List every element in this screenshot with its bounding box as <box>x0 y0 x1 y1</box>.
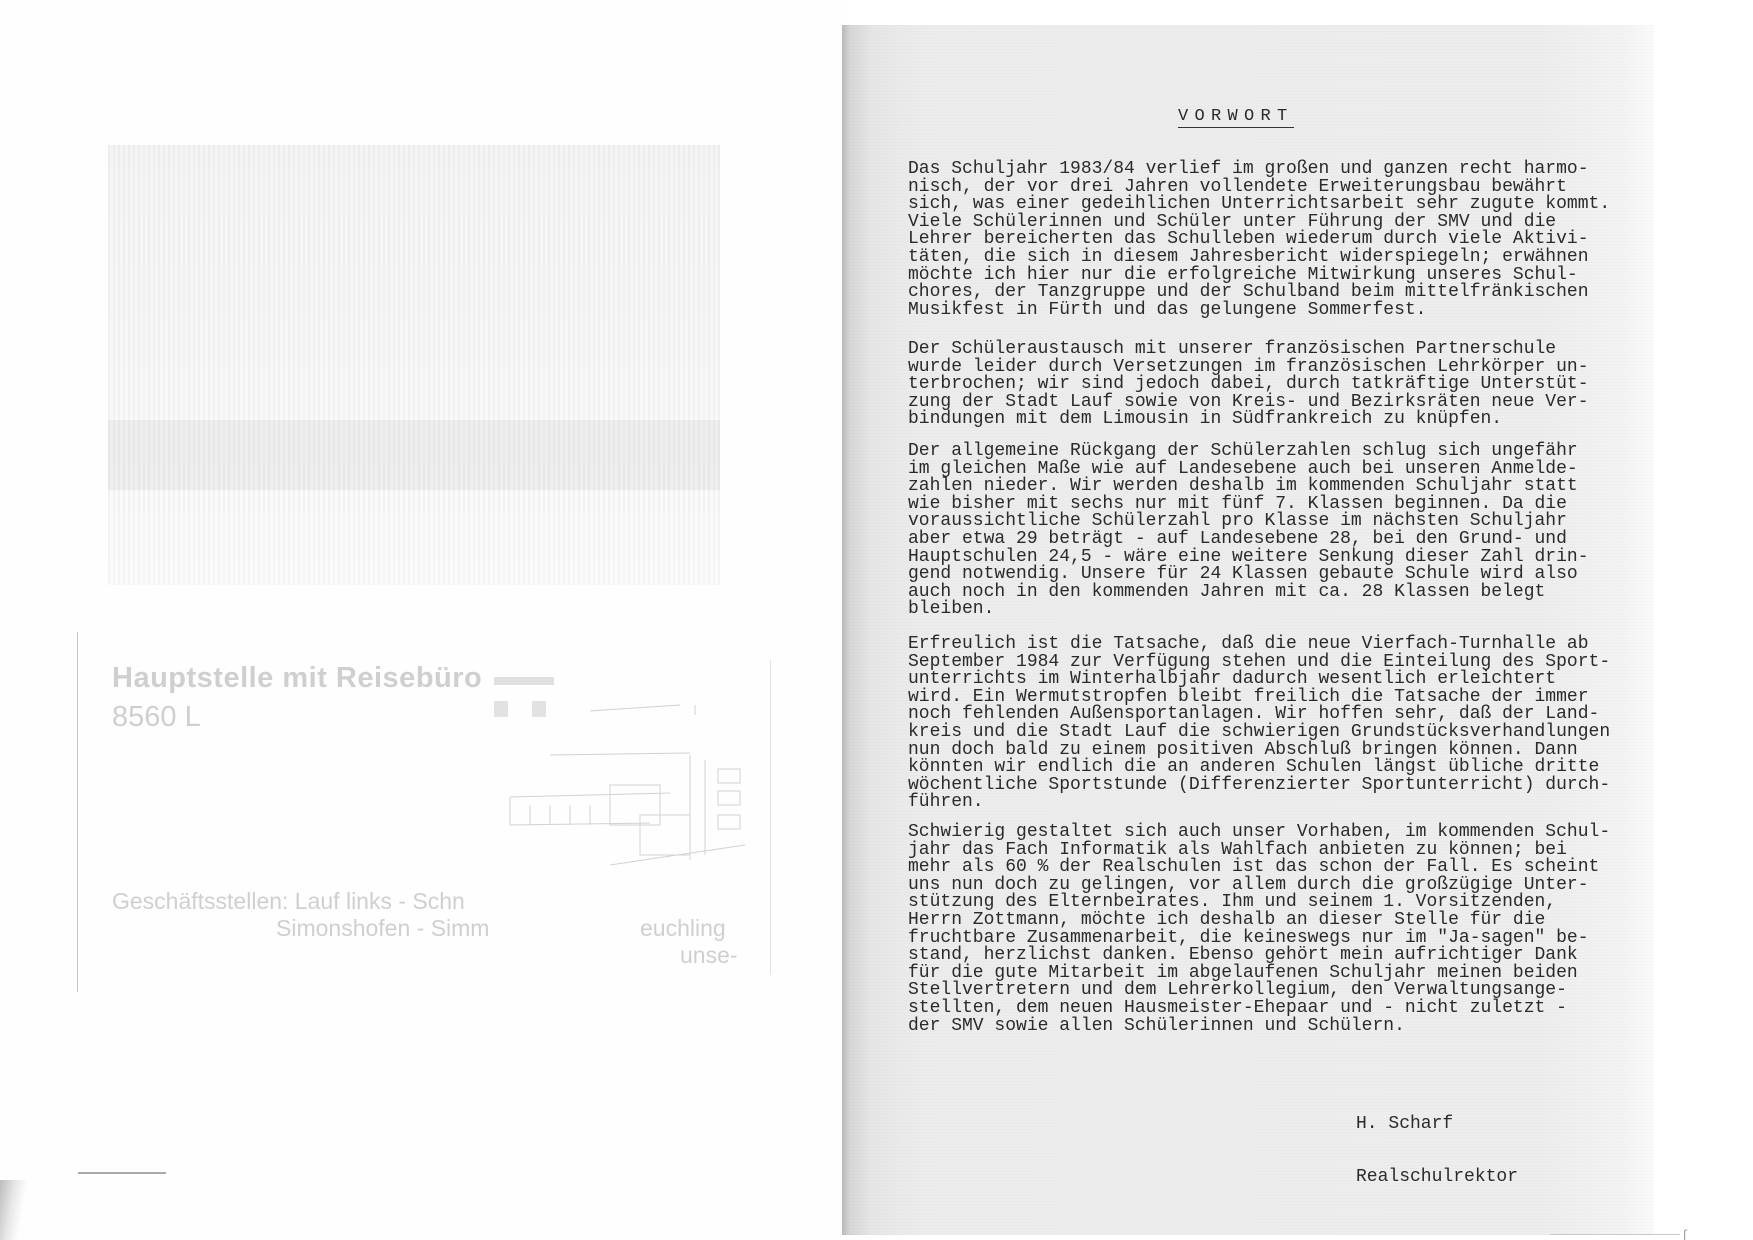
signature-block: H. Scharf Realschulrektor <box>1356 1081 1518 1204</box>
ad-branches-line-1: Geschäftsstellen: Lauf links - Schn <box>112 888 465 915</box>
ad-branches-line-2-end: euchling <box>640 915 726 942</box>
bank-building-illustration <box>490 665 750 875</box>
ad-headline: Hauptstelle mit Reisebüro <box>112 662 482 695</box>
left-page: Hauptstelle mit Reisebüro 8560 L <box>0 0 842 1240</box>
signature-name: H. Scharf <box>1356 1116 1518 1134</box>
signature-role: Realschulrektor <box>1356 1169 1518 1187</box>
ad-border-left <box>77 632 78 992</box>
paragraph-4: Erfreulich ist die Tatsache, daß die neu… <box>908 636 1610 812</box>
ad-address: 8560 L <box>112 701 201 734</box>
paragraph-1: Das Schuljahr 1983/84 verlief im großen … <box>908 161 1610 319</box>
ad-border-right <box>770 660 771 975</box>
faded-show-through-band <box>108 420 720 490</box>
ad-branches-line-2: Simonshofen - Simm <box>276 915 489 942</box>
page-title: VORWORT <box>1178 108 1294 128</box>
corner-mark: ʃ <box>1683 1228 1687 1240</box>
page-curl-shadow <box>0 1180 30 1240</box>
ad-branches-line-3-end: unse- <box>680 942 738 969</box>
footer-rule <box>78 1172 166 1174</box>
paragraph-5: Schwierig gestaltet sich auch unser Vorh… <box>908 824 1610 1035</box>
paragraph-3: Der allgemeine Rückgang der Schülerzahle… <box>908 443 1589 619</box>
paragraph-2: Der Schüleraustausch mit unserer französ… <box>908 341 1589 429</box>
page-bottom-edge <box>1550 1234 1680 1235</box>
faded-show-through-image <box>108 145 720 585</box>
